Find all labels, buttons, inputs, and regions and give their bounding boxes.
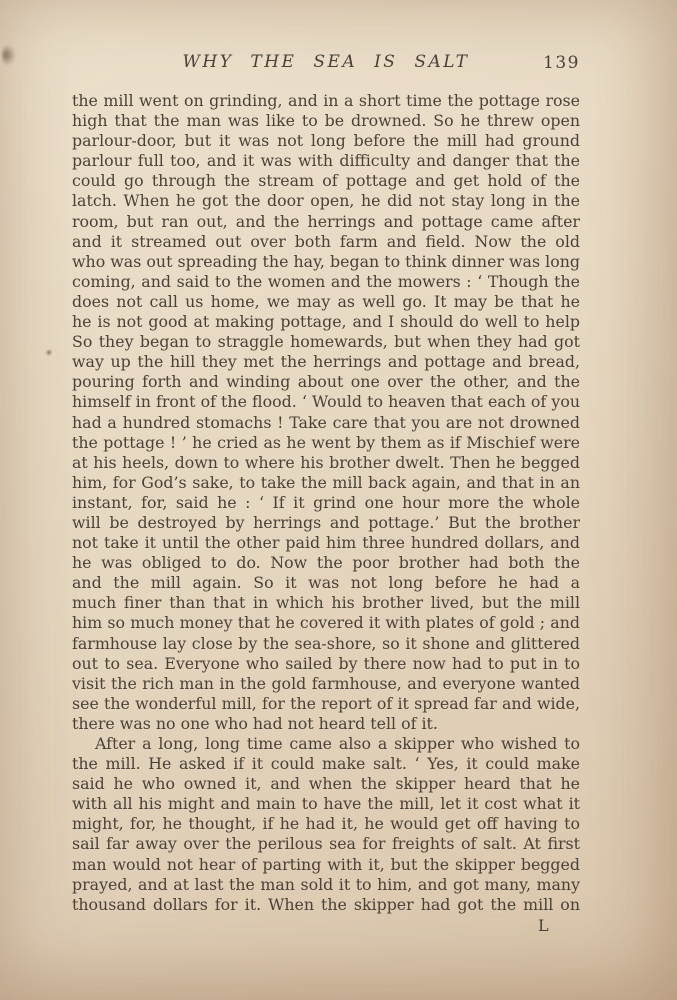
text-line: he was obliged to do. Now the poor broth… [72, 553, 580, 573]
text-line: the mill went on grinding, and in a shor… [72, 91, 580, 111]
text-line: him so much money that he covered it wit… [72, 613, 580, 633]
book-page: WHY THE SEA IS SALT 139 the mill went on… [0, 0, 677, 1000]
text-line: parlour-door, but it was not long before… [72, 131, 580, 151]
text-line: at his heels, down to where his brother … [72, 453, 580, 473]
page-body: the mill went on grinding, and in a shor… [72, 91, 580, 915]
text-line: had a hundred stomachs ! Take care that … [72, 413, 580, 433]
page-title: WHY THE SEA IS SALT [72, 52, 580, 72]
text-line: much finer than that in which his brothe… [72, 593, 580, 613]
signature-mark: L [538, 916, 550, 935]
text-line: man would not hear of parting with it, b… [72, 855, 580, 875]
text-line: said he who owned it, and when the skipp… [72, 774, 580, 794]
text-line: who was out spreading the hay, began to … [72, 252, 580, 272]
text-line: he is not good at making pottage, and I … [72, 312, 580, 332]
text-line: out to sea. Everyone who sailed by there… [72, 654, 580, 674]
text-line: with all his might and main to have the … [72, 794, 580, 814]
running-header: WHY THE SEA IS SALT 139 [72, 52, 580, 76]
text-line: sail far away over the perilous sea for … [72, 834, 580, 854]
text-line: and it streamed out over both farm and f… [72, 232, 580, 252]
text-line: thousand dollars for it. When the skippe… [72, 895, 580, 915]
text-line: see the wonderful mill, for the report o… [72, 694, 580, 714]
text-line: the mill. He asked if it could make salt… [72, 754, 580, 774]
ink-smudge [2, 44, 16, 66]
text-line: him, for God’s sake, to take the mill ba… [72, 473, 580, 493]
ink-smudge [44, 347, 55, 358]
text-line: parlour full too, and it was with diffic… [72, 151, 580, 171]
text-line: way up the hill they met the herrings an… [72, 352, 580, 372]
text-line: So they began to straggle homewards, but… [72, 332, 580, 352]
text-line: latch. When he got the door open, he did… [72, 191, 580, 211]
text-line: After a long, long time came also a skip… [72, 734, 580, 754]
text-line: might, for, he thought, if he had it, he… [72, 814, 580, 834]
text-line: pouring forth and winding about one over… [72, 372, 580, 392]
text-line: visit the rich man in the gold farmhouse… [72, 674, 580, 694]
text-line: the pottage ! ’ he cried as he went by t… [72, 433, 580, 453]
page-number: 139 [543, 53, 580, 73]
text-line: room, but ran out, and the herrings and … [72, 212, 580, 232]
text-line: not take it until the other paid him thr… [72, 533, 580, 553]
text-line: prayed, and at last the man sold it to h… [72, 875, 580, 895]
text-line: and the mill again. So it was not long b… [72, 573, 580, 593]
text-line: coming, and said to the women and the mo… [72, 272, 580, 292]
text-line: himself in front of the flood. ‘ Would t… [72, 392, 580, 412]
text-line: instant, for, said he : ‘ If it grind on… [72, 493, 580, 513]
text-line: there was no one who had not heard tell … [72, 714, 580, 734]
text-line: could go through the stream of pottage a… [72, 171, 580, 191]
text-line: high that the man was like to be drowned… [72, 111, 580, 131]
text-line: farmhouse lay close by the sea-shore, so… [72, 634, 580, 654]
text-line: does not call us home, we may as well go… [72, 292, 580, 312]
text-line: will be destroyed by herrings and pottag… [72, 513, 580, 533]
